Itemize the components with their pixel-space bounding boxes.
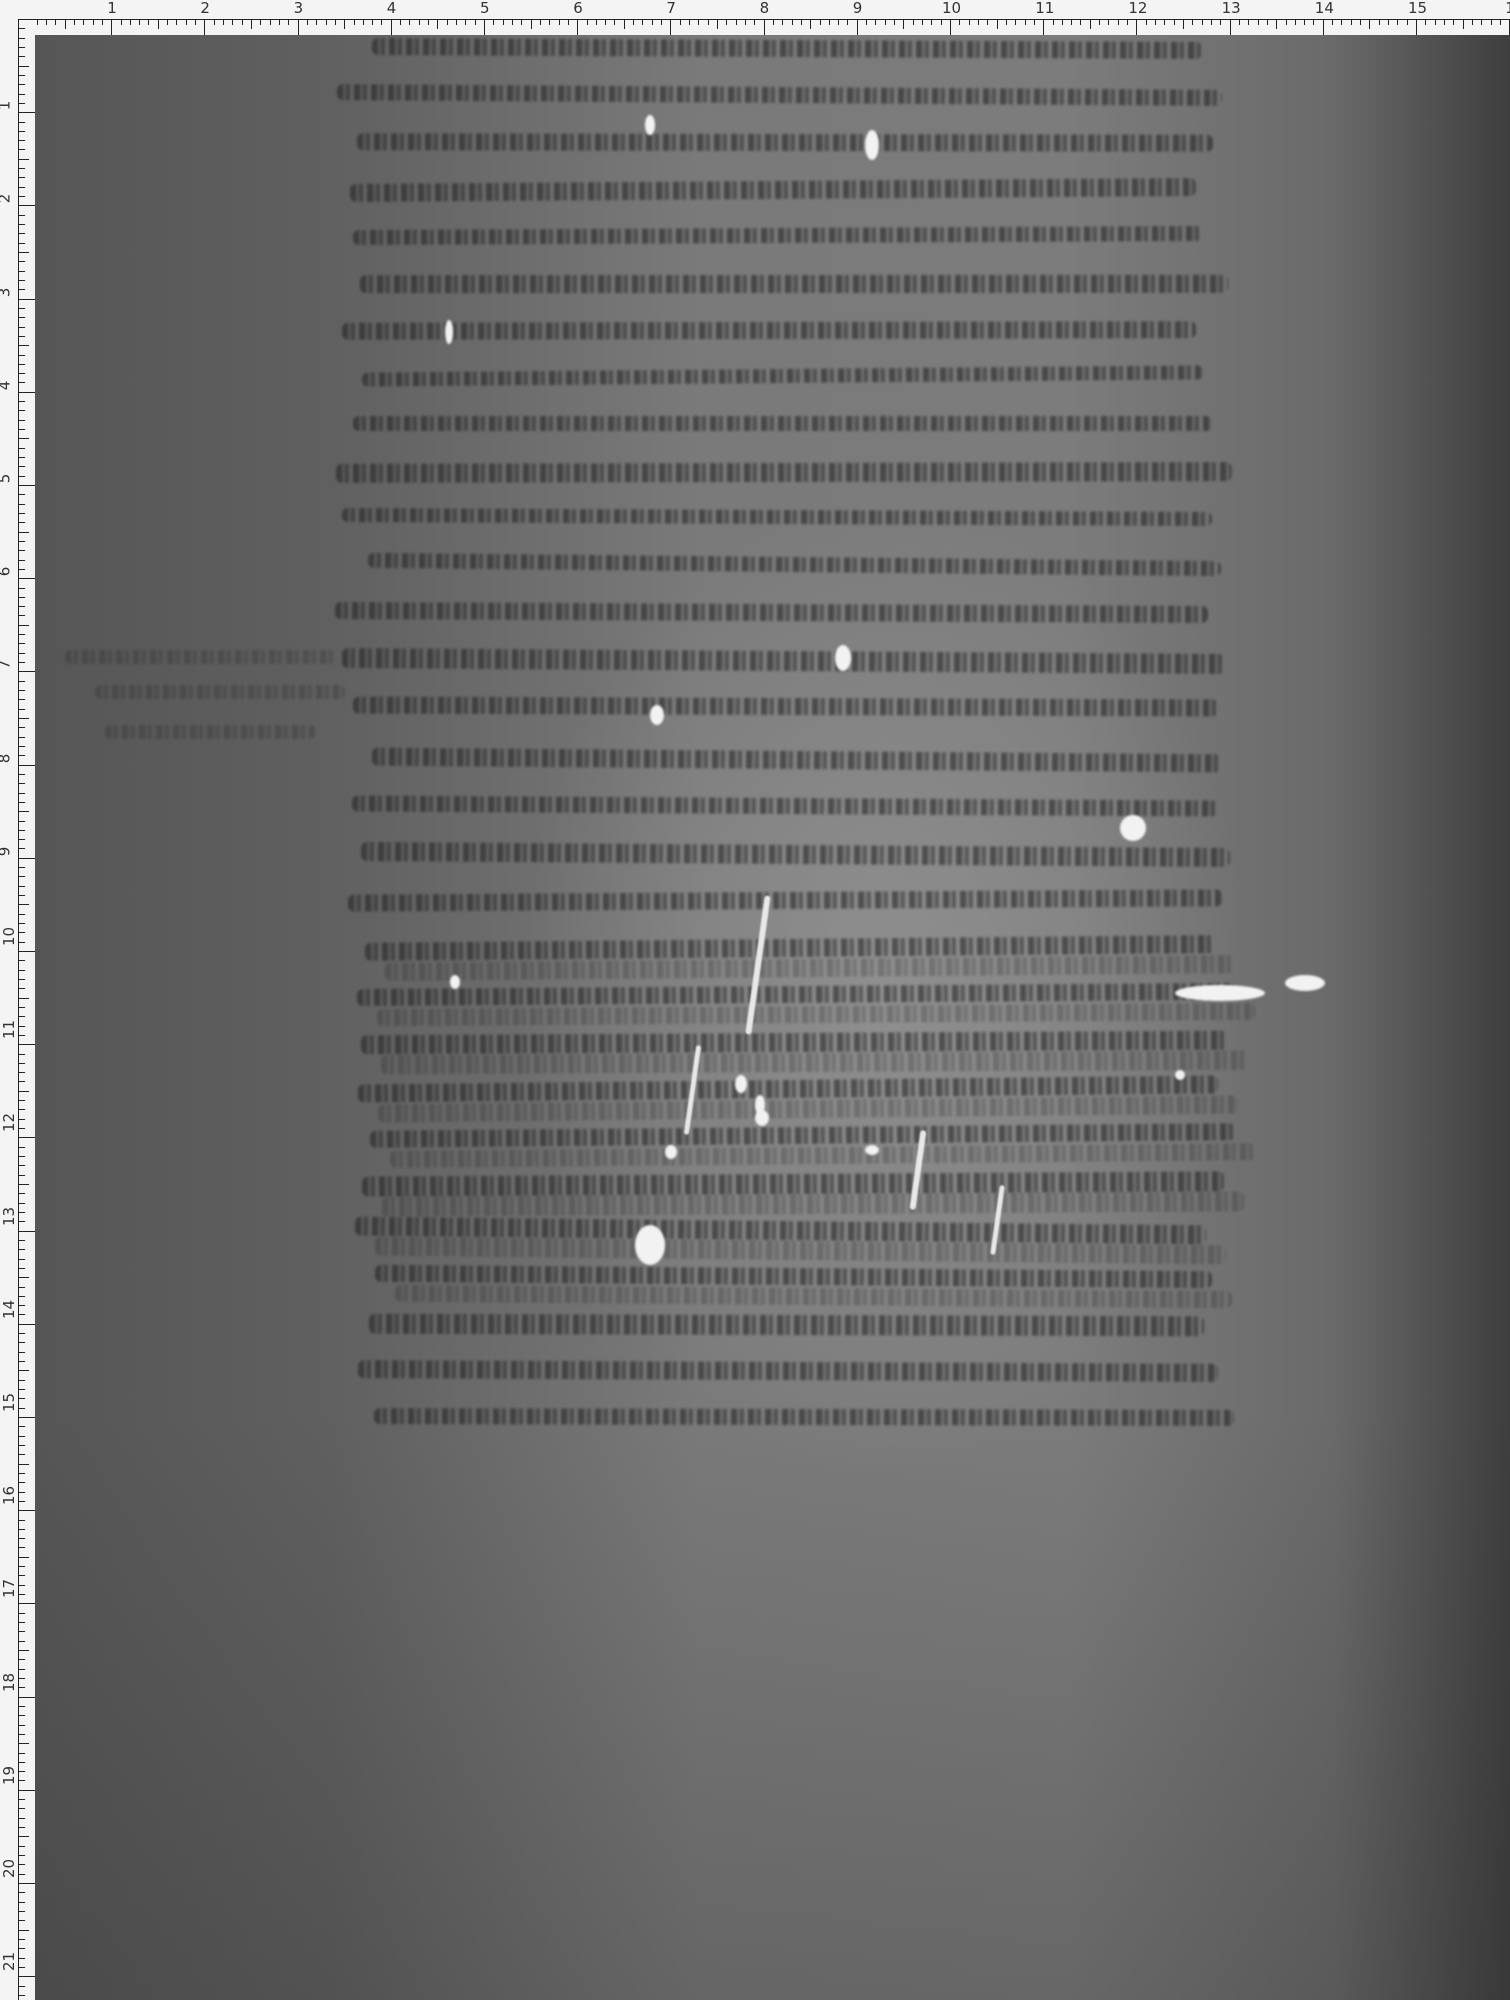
ruler-tick — [400, 19, 401, 25]
ruler-tick — [19, 550, 25, 551]
ruler-tick — [19, 1398, 25, 1399]
ruler-tick — [55, 19, 56, 25]
ruler-tick — [19, 532, 29, 533]
ruler-tick — [19, 643, 25, 644]
ruler-label: 1 — [107, 1, 117, 16]
ruler-tick — [19, 75, 25, 76]
ruler-tick — [19, 699, 25, 700]
ruler-tick — [19, 1920, 25, 1921]
ruler-tick — [931, 19, 932, 25]
ruler-tick — [19, 560, 25, 561]
ruler-tick — [19, 1370, 29, 1371]
ruler-tick — [19, 94, 25, 95]
ruler-tick — [680, 19, 681, 25]
ruler-tick — [19, 1780, 25, 1781]
ruler-tick — [19, 737, 25, 738]
ruler-tick — [19, 280, 25, 281]
ruler-tick — [903, 19, 904, 29]
ruler-tick — [19, 1426, 25, 1427]
ruler-label: 4 — [0, 381, 12, 391]
manuscript-line — [368, 553, 1221, 576]
ruler-tick — [19, 746, 25, 747]
ruler-tick — [307, 19, 308, 25]
ruler-tick — [1323, 19, 1324, 35]
damage-spot — [645, 115, 655, 135]
ruler-tick — [633, 19, 634, 25]
ruler-tick — [19, 327, 25, 328]
manuscript-line — [336, 462, 1232, 483]
ruler-tick — [148, 19, 149, 25]
damage-spot — [1120, 815, 1146, 841]
ruler-tick — [1258, 19, 1259, 25]
ruler-tick — [19, 1836, 29, 1837]
ruler-tick — [19, 66, 29, 67]
ruler-tick — [65, 19, 66, 29]
ruler-tick — [19, 1389, 25, 1390]
ruler-tick — [19, 1044, 35, 1045]
ruler-tick — [19, 904, 29, 905]
ruler-tick — [260, 19, 261, 25]
ruler-tick — [19, 1650, 29, 1651]
ruler-tick — [465, 19, 466, 25]
ruler-tick — [19, 1575, 25, 1576]
ruler-tick — [19, 1314, 25, 1315]
ruler-label: 8 — [760, 1, 770, 16]
ruler-tick — [1090, 19, 1091, 29]
ruler-tick — [19, 1967, 25, 1968]
ruler-label: 9 — [0, 847, 12, 857]
ruler-tick — [83, 19, 84, 25]
ruler-tick — [19, 494, 25, 495]
manuscript-line — [362, 365, 1203, 386]
ruler-tick — [19, 1538, 25, 1539]
ruler-label: 11 — [1035, 1, 1054, 16]
ruler-label: 14 — [1315, 1, 1334, 16]
ruler-tick — [335, 19, 336, 25]
ruler-tick — [1369, 19, 1370, 29]
ruler-tick — [19, 662, 25, 663]
ruler-tick — [279, 19, 280, 25]
ruler-tick — [19, 653, 25, 654]
ruler-tick — [19, 1100, 25, 1101]
ruler-tick — [1183, 19, 1184, 29]
ruler-tick — [1276, 19, 1277, 29]
margin-note-line — [105, 725, 315, 739]
manuscript-scan — [35, 35, 1510, 2000]
left-ruler: 123456789101112131415161718192021 — [0, 0, 35, 2000]
ruler-tick — [19, 122, 25, 123]
ruler-tick — [19, 1827, 25, 1828]
ruler-tick — [19, 1622, 25, 1623]
ruler-tick — [503, 19, 504, 25]
ruler-tick — [19, 485, 35, 486]
ruler-tick — [1388, 19, 1389, 25]
ruler-tick — [19, 513, 25, 514]
ruler-tick — [19, 1007, 25, 1008]
ruler-tick — [19, 1063, 25, 1064]
ruler-label: 1 — [1505, 1, 1510, 16]
ruler-tick — [19, 1902, 25, 1903]
ruler-tick — [204, 19, 205, 35]
ruler-tick — [19, 1855, 25, 1856]
ruler-tick — [19, 923, 25, 924]
ruler-tick — [19, 1557, 29, 1558]
margin-note-line — [95, 685, 345, 699]
ruler-tick — [19, 1529, 25, 1530]
ruler-tick — [19, 578, 35, 579]
ruler-tick — [316, 19, 317, 25]
ruler-tick — [764, 19, 765, 35]
ruler-tick — [19, 1697, 35, 1698]
ruler-tick — [1360, 19, 1361, 25]
ruler-tick — [1174, 19, 1175, 25]
ruler-tick — [19, 1156, 25, 1157]
ruler-tick — [708, 19, 709, 25]
manuscript-line — [382, 1191, 1244, 1216]
ruler-tick — [19, 1492, 25, 1493]
ruler-tick — [270, 19, 271, 25]
ruler-tick — [176, 19, 177, 25]
damage-spot — [835, 645, 851, 671]
ruler-tick — [19, 103, 25, 104]
ruler-tick — [19, 1762, 25, 1763]
ruler-label: 10 — [2, 927, 17, 946]
ruler-tick — [19, 1771, 25, 1772]
ruler-tick — [130, 19, 131, 25]
ruler-tick — [857, 19, 858, 35]
ruler-tick — [354, 19, 355, 25]
ruler-tick — [19, 1072, 25, 1073]
ruler-tick — [19, 1128, 25, 1129]
ruler-tick — [531, 19, 532, 29]
ruler-label: 4 — [387, 1, 397, 16]
ruler-tick — [866, 19, 867, 25]
ruler-tick — [689, 19, 690, 25]
manuscript-line — [381, 1051, 1248, 1075]
ruler-tick — [1202, 19, 1203, 25]
ruler-tick — [19, 1734, 25, 1735]
ruler-tick — [19, 1184, 29, 1185]
ruler-tick — [19, 1482, 25, 1483]
ruler-tick — [19, 755, 25, 756]
manuscript-line — [353, 226, 1202, 245]
manuscript-line — [342, 648, 1225, 674]
ruler-label: 16 — [2, 1486, 17, 1505]
ruler-tick — [19, 410, 25, 411]
ruler-tick — [19, 951, 35, 952]
ruler-tick — [587, 19, 588, 25]
ruler-tick — [19, 355, 25, 356]
ruler-tick — [19, 1035, 25, 1036]
ruler-tick — [1136, 19, 1137, 35]
ruler-tick — [829, 19, 830, 25]
ruler-label: 21 — [2, 1952, 17, 1971]
ruler-tick — [409, 19, 410, 25]
damage-spot — [1175, 1070, 1185, 1080]
ruler-tick — [19, 858, 35, 859]
top-ruler: 01234567891011121314151 — [0, 0, 1510, 35]
ruler-tick — [959, 19, 960, 25]
ruler-tick — [19, 1958, 25, 1959]
ruler-tick — [19, 970, 25, 971]
ruler-tick — [19, 848, 25, 849]
ruler-tick — [19, 1454, 25, 1455]
ruler-tick — [19, 261, 25, 262]
ruler-tick — [792, 19, 793, 25]
ruler-tick — [19, 932, 25, 933]
ruler-tick — [875, 19, 876, 25]
ruler-label: 11 — [2, 1020, 17, 1039]
manuscript-line — [358, 1360, 1218, 1382]
ruler-tick — [568, 19, 569, 25]
ruler-tick — [428, 19, 429, 25]
ruler-tick — [19, 1818, 25, 1819]
damage-spot — [1285, 975, 1325, 991]
ruler-tick — [521, 19, 522, 25]
ruler-tick — [19, 1016, 25, 1017]
ruler-tick — [19, 988, 25, 989]
ruler-tick — [447, 19, 448, 25]
ruler-label: 17 — [2, 1579, 17, 1598]
damage-spot — [755, 1110, 769, 1126]
ruler-tick — [19, 942, 25, 943]
ruler-tick — [1332, 19, 1333, 25]
ruler-tick — [1425, 19, 1426, 25]
ruler-tick — [726, 19, 727, 25]
damage-spot — [1175, 985, 1265, 1001]
ruler-tick — [19, 718, 29, 719]
ruler-tick — [19, 1287, 25, 1288]
ruler-tick — [19, 187, 25, 188]
ruler-tick — [139, 19, 140, 25]
ruler-tick — [19, 569, 25, 570]
ruler-tick — [1146, 19, 1147, 25]
ruler-tick — [121, 19, 122, 25]
ruler-tick — [19, 1277, 29, 1278]
ruler-label: 18 — [2, 1673, 17, 1692]
ruler-tick — [19, 979, 25, 980]
ruler-tick — [1099, 19, 1100, 25]
ruler-tick — [493, 19, 494, 25]
damage-spot — [450, 975, 460, 989]
ruler-tick — [1043, 19, 1044, 35]
ruler-tick — [19, 839, 25, 840]
ruler-tick — [19, 1119, 25, 1120]
ruler-tick — [745, 19, 746, 25]
ruler-tick — [19, 233, 25, 234]
ruler-tick — [19, 364, 25, 365]
ruler-tick — [19, 1715, 25, 1716]
ruler-tick — [419, 19, 420, 25]
ruler-tick — [19, 224, 25, 225]
ruler-label: 5 — [0, 474, 12, 484]
manuscript-line — [353, 697, 1218, 717]
ruler-tick — [1379, 19, 1380, 25]
ruler-tick — [1463, 19, 1464, 29]
ruler-tick — [1062, 19, 1063, 25]
ruler-tick — [19, 1324, 35, 1325]
ruler-tick — [19, 886, 25, 887]
ruler-label: 2 — [200, 1, 210, 16]
ruler-tick — [391, 19, 392, 35]
ruler-tick — [19, 1221, 25, 1222]
ruler-tick — [1220, 19, 1221, 25]
margin-note-line — [65, 650, 335, 664]
ruler-tick — [19, 1165, 25, 1166]
ruler-tick — [326, 19, 327, 25]
ruler-tick — [19, 541, 25, 542]
ruler-tick — [1025, 19, 1026, 25]
ruler-tick — [344, 19, 345, 29]
damage-spot — [735, 1075, 747, 1093]
ruler-tick — [950, 19, 951, 35]
ruler-tick — [810, 19, 811, 29]
ruler-tick — [19, 1408, 25, 1409]
ruler-tick — [1453, 19, 1454, 25]
ruler-tick — [288, 19, 289, 25]
ruler-tick — [997, 19, 998, 29]
ruler-tick — [1397, 19, 1398, 25]
ruler-tick — [698, 19, 699, 25]
ruler-tick — [1192, 19, 1193, 25]
ruler-tick — [381, 19, 382, 25]
ruler-tick — [19, 1883, 35, 1884]
ruler-tick — [19, 597, 25, 598]
ruler-tick — [19, 1669, 25, 1670]
ruler-tick — [19, 690, 25, 691]
ruler-tick — [540, 19, 541, 25]
ruler-tick — [46, 19, 47, 25]
ruler-tick — [372, 19, 373, 25]
ruler-tick — [19, 606, 25, 607]
ruler-tick — [19, 1874, 25, 1875]
ruler-label: 8 — [0, 753, 12, 763]
ruler-label: 14 — [2, 1300, 17, 1319]
ruler-tick — [223, 19, 224, 25]
ruler-tick — [456, 19, 457, 25]
damage-spot — [445, 320, 453, 344]
ruler-tick — [19, 466, 25, 467]
ruler-tick — [195, 19, 196, 25]
ruler-tick — [19, 457, 25, 458]
ruler-tick — [19, 1743, 29, 1744]
ruler-tick — [1304, 19, 1305, 25]
ruler-tick — [19, 1976, 35, 1977]
ruler-tick — [19, 1613, 25, 1614]
ruler-tick — [577, 19, 578, 35]
ruler-tick — [19, 1547, 25, 1548]
ruler-tick — [894, 19, 895, 25]
ruler-tick — [1230, 19, 1231, 35]
manuscript-line — [352, 795, 1218, 816]
ruler-tick — [736, 19, 737, 25]
ruler-tick — [19, 373, 25, 374]
ruler-tick — [19, 1641, 25, 1642]
manuscript-line — [361, 842, 1230, 867]
ruler-tick — [661, 19, 662, 25]
ruler-tick — [19, 1706, 25, 1707]
ruler-tick — [19, 196, 25, 197]
ruler-tick — [19, 1473, 25, 1474]
ruler-label: 12 — [1128, 1, 1147, 16]
ruler-tick — [19, 205, 35, 206]
ruler-tick — [19, 448, 25, 449]
ruler-tick — [37, 19, 38, 25]
ruler-tick — [19, 1631, 25, 1632]
ruler-tick — [19, 317, 25, 318]
ruler-tick — [1472, 19, 1473, 25]
ruler-tick — [298, 19, 299, 35]
ruler-tick — [19, 821, 25, 822]
ruler-tick — [19, 1305, 25, 1306]
ruler-tick — [782, 19, 783, 25]
ruler-tick — [167, 19, 168, 25]
ruler-tick — [19, 1864, 25, 1865]
ruler-tick — [1481, 19, 1482, 25]
ruler-tick — [652, 19, 653, 25]
ruler-tick — [19, 215, 25, 216]
ruler-tick — [19, 1259, 25, 1260]
ruler-tick — [19, 1380, 25, 1381]
ruler-tick — [19, 793, 25, 794]
ruler-label: 13 — [2, 1207, 17, 1226]
manuscript-line — [350, 178, 1196, 202]
ruler-tick — [19, 168, 25, 169]
ruler-tick — [19, 38, 25, 39]
ruler-tick — [1313, 19, 1314, 25]
ruler-tick — [19, 504, 25, 505]
manuscript-line — [348, 889, 1222, 912]
ruler-tick — [19, 1930, 29, 1931]
ruler-tick — [19, 252, 29, 253]
ruler-tick — [838, 19, 839, 25]
ruler-tick — [19, 1081, 25, 1082]
ruler-tick — [232, 19, 233, 25]
ruler-tick — [1239, 19, 1240, 25]
left-ruler-baseline — [18, 19, 19, 2000]
ruler-tick — [549, 19, 550, 25]
ruler-tick — [19, 1361, 25, 1362]
ruler-tick — [19, 727, 25, 728]
ruler-tick — [1053, 19, 1054, 25]
ruler-label: 3 — [0, 287, 12, 297]
ruler-tick — [19, 112, 35, 113]
ruler-tick — [19, 476, 25, 477]
ruler-tick — [19, 914, 25, 915]
ruler-label: 13 — [1222, 1, 1241, 16]
ruler-tick — [437, 19, 438, 29]
ruler-tick — [820, 19, 821, 25]
ruler-tick — [1407, 19, 1408, 25]
ruler-tick — [1071, 19, 1072, 25]
ruler-tick — [19, 1603, 35, 1604]
ruler-tick — [19, 420, 25, 421]
ruler-tick — [242, 19, 243, 25]
ruler-tick — [1491, 19, 1492, 25]
ruler-tick — [19, 1753, 25, 1754]
ruler-tick — [19, 1212, 25, 1213]
ruler-tick — [1435, 19, 1436, 25]
manuscript-line — [372, 748, 1221, 773]
ruler-tick — [363, 19, 364, 25]
ruler-label: 5 — [480, 1, 490, 16]
manuscript-line — [335, 602, 1208, 623]
ruler-tick — [19, 802, 25, 803]
ruler-tick — [754, 19, 755, 25]
ruler-tick — [19, 671, 35, 672]
ruler-tick — [19, 1231, 35, 1232]
ruler-tick — [559, 19, 560, 25]
